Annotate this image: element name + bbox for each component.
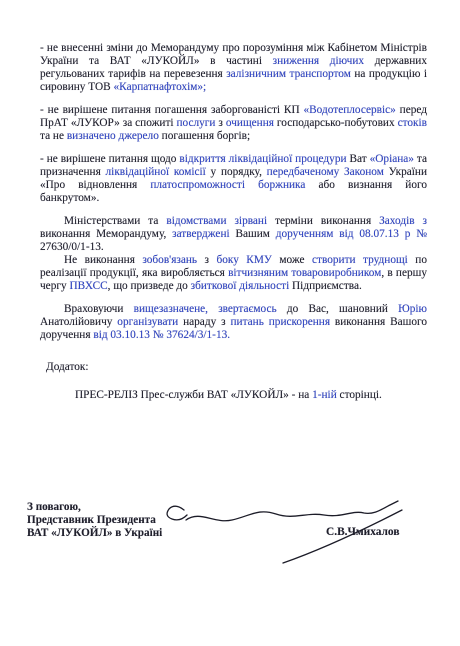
- text-segment-blue-tint: ПВХСС: [69, 280, 107, 292]
- text-segment: - не вирішене питання погашення заборгов…: [40, 104, 304, 116]
- text-segment: може: [272, 254, 312, 266]
- text-segment-blue-tint: Заходів з: [379, 215, 427, 227]
- text-segment-blue-tint: платоспроможності боржника: [150, 179, 305, 191]
- text-segment-blue-tint: послуги: [177, 117, 216, 129]
- text-segment-blue-tint: стоків: [398, 117, 427, 129]
- paragraph-debt-vodoteploservis: - не вирішене питання погашення заборгов…: [40, 104, 427, 143]
- text-segment: Міністерствами та: [64, 215, 166, 227]
- text-segment: до Вас, шановний: [277, 303, 399, 315]
- text-segment-blue-tint: від 03.10.13 № 37624/3/1-13.: [93, 329, 230, 341]
- signatory-name: С.В.Чмихалов: [326, 526, 400, 539]
- text-segment-blue-tint: звертаємось: [218, 303, 276, 315]
- text-segment: ПРЕС-РЕЛІЗ Прес-служби ВАТ «ЛУКОЙЛ» - на: [75, 389, 312, 401]
- text-segment: виконання Меморандуму,: [40, 228, 172, 240]
- text-segment: терміни виконання: [267, 215, 379, 227]
- text-segment: сторінці.: [337, 389, 382, 401]
- text-segment: Враховуючи: [64, 303, 134, 315]
- text-segment: [208, 303, 218, 315]
- text-segment-blue-tint: зниження діючих: [273, 55, 364, 67]
- text-segment-blue-tint: 1-ній: [312, 389, 337, 401]
- text-segment-blue-tint: «Карпатнафтохім»;: [114, 81, 207, 93]
- text-segment-blue-tint: ліквідаційної комісії: [106, 166, 206, 178]
- paragraph-meeting-request: Враховуючи вищезазначене, звертаємось до…: [40, 303, 427, 342]
- text-segment: господарсько-побутових: [274, 117, 398, 129]
- text-segment-blue-tint: організувати: [117, 316, 178, 328]
- text-segment-blue-tint: «Оріана»: [370, 153, 414, 165]
- paragraph-ministries-deadlines: Міністерствами та відомствами зірвані те…: [40, 215, 427, 254]
- text-segment-blue-tint: передбаченому Законом: [267, 166, 384, 178]
- paragraph-liquidation-oriana: - не вирішене питання щодо відкриття лік…: [40, 153, 427, 205]
- text-segment-blue-tint: відкриття ліквідаційної процедури: [179, 153, 346, 165]
- text-segment: - не вирішене питання щодо: [40, 153, 179, 165]
- text-segment-blue-tint: затверджені: [172, 228, 230, 240]
- scanned-letter-page: - не внесенні зміни до Меморандуму про п…: [0, 0, 460, 646]
- text-segment-blue-tint: очищення: [226, 117, 274, 129]
- text-segment: Вашим: [230, 228, 276, 240]
- text-segment: з: [197, 254, 216, 266]
- text-segment: та не: [40, 130, 67, 142]
- text-segment: у порядку,: [206, 166, 267, 178]
- text-segment-blue-tint: вищезазначене,: [134, 303, 208, 315]
- paragraph-kmu-obligations: Не виконання зобов'язань з боку КМУ може…: [40, 254, 427, 293]
- text-segment: Ват: [347, 153, 370, 165]
- text-segment: Не виконання: [64, 254, 142, 266]
- text-segment-blue-tint: Юрію: [398, 303, 427, 315]
- text-segment-blue-tint: створити труднощі: [312, 254, 408, 266]
- text-segment-blue-tint: «Водотеплосервіс»: [304, 104, 396, 116]
- text-segment-blue-tint: питань прискорення: [230, 316, 330, 328]
- text-segment: Анатолійовичу: [40, 316, 117, 328]
- text-segment: Підприємства.: [289, 280, 362, 292]
- attachment-label: Додаток:: [46, 361, 427, 374]
- text-segment-blue-tint: дорученням від 08.07.13 р №: [276, 228, 427, 240]
- text-segment-blue-tint: зобов'язань: [142, 254, 197, 266]
- text-segment: погашення боргів;: [159, 130, 250, 142]
- text-segment-blue-tint: вітчизняним товаровиробником: [228, 267, 381, 279]
- letter-body: - не внесенні зміни до Меморандуму про п…: [40, 42, 427, 402]
- text-segment-blue-tint: боку КМУ: [216, 254, 271, 266]
- text-segment-blue-tint: залізничним транспортом: [226, 68, 351, 80]
- text-segment: нараду з: [178, 316, 230, 328]
- text-segment: , що призведе до: [108, 280, 191, 292]
- text-segment: з: [215, 117, 225, 129]
- text-segment-blue-tint: відомствами зірвані: [166, 215, 267, 227]
- handwritten-signature-icon: [140, 495, 430, 595]
- paragraph-memorandum-changes: - не внесенні зміни до Меморандуму про п…: [40, 42, 427, 94]
- attachment-press-release-line: ПРЕС-РЕЛІЗ Прес-служби ВАТ «ЛУКОЙЛ» - на…: [75, 389, 427, 402]
- text-segment-blue-tint: визначено джерело: [67, 130, 159, 142]
- text-segment: 27630/0/1-13.: [40, 241, 104, 253]
- text-segment-blue-tint: збиткової діяльності: [191, 280, 290, 292]
